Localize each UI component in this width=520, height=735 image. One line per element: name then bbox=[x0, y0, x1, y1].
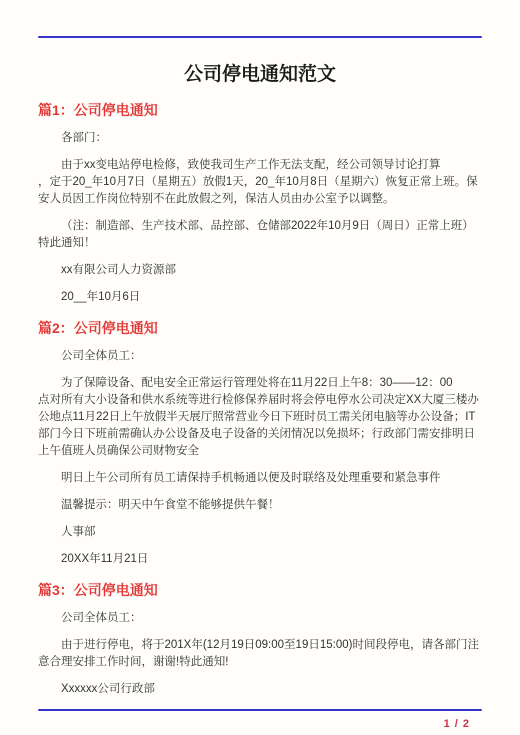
section-2-salutation: 公司全体员工： bbox=[38, 348, 482, 365]
section-1-salutation: 各部门： bbox=[38, 130, 482, 147]
section-1-body-paragraph: 由于xx变电站停电检修，致使我司生产工作无法支配，经公司领导讨论打算 ，定于20… bbox=[38, 157, 482, 208]
section-1-heading: 篇1：公司停电通知 bbox=[38, 101, 482, 120]
section-1-signature: xx有限公司人力资源部 bbox=[38, 262, 482, 279]
page-title: 公司停电通知范文 bbox=[38, 62, 482, 88]
section-1-note-paragraph: （注：制造部、生产技术部、品控部、仓储部2022年10月9日（周日）正常上班）特… bbox=[38, 218, 482, 252]
section-2-contact-paragraph: 明日上午公司所有员工请保持手机畅通以便及时联络及处理重要和紧急事件 bbox=[38, 470, 482, 487]
section-2: 篇2：公司停电通知 公司全体员工： 为了保障设备、配电安全正常运行管理处将在11… bbox=[38, 319, 482, 568]
section-2-tip-paragraph: 温馨提示：明天中午食堂不能够提供午餐！ bbox=[38, 497, 482, 514]
page-number: 1 / 2 bbox=[444, 718, 470, 730]
section-3-salutation: 公司全体员工： bbox=[38, 610, 482, 627]
section-1-date: 20__年10月6日 bbox=[38, 289, 482, 306]
section-2-signature: 人事部 bbox=[38, 524, 482, 541]
section-2-body-paragraph: 为了保障设备、配电安全正常运行管理处将在11月22日上午8：30——12：00 … bbox=[38, 375, 482, 460]
bottom-divider bbox=[38, 709, 482, 711]
section-3-signature: Xxxxxx公司行政部 bbox=[38, 681, 482, 698]
document-content: 公司停电通知范文 篇1：公司停电通知 各部门： 由于xx变电站停电检修，致使我司… bbox=[38, 38, 482, 708]
section-3: 篇3：公司停电通知 公司全体员工： 由于进行停电，将于201X年(12月19日0… bbox=[38, 581, 482, 698]
section-3-heading: 篇3：公司停电通知 bbox=[38, 581, 482, 600]
section-1: 篇1：公司停电通知 各部门： 由于xx变电站停电检修，致使我司生产工作无法支配，… bbox=[38, 101, 482, 306]
section-2-heading: 篇2：公司停电通知 bbox=[38, 319, 482, 338]
section-2-date: 20XX年11月21日 bbox=[38, 551, 482, 568]
document-page: 公司停电通知范文 篇1：公司停电通知 各部门： 由于xx变电站停电检修，致使我司… bbox=[0, 0, 520, 735]
section-3-body-paragraph: 由于进行停电，将于201X年(12月19日09:00至19日15:00)时间段停… bbox=[38, 637, 482, 671]
